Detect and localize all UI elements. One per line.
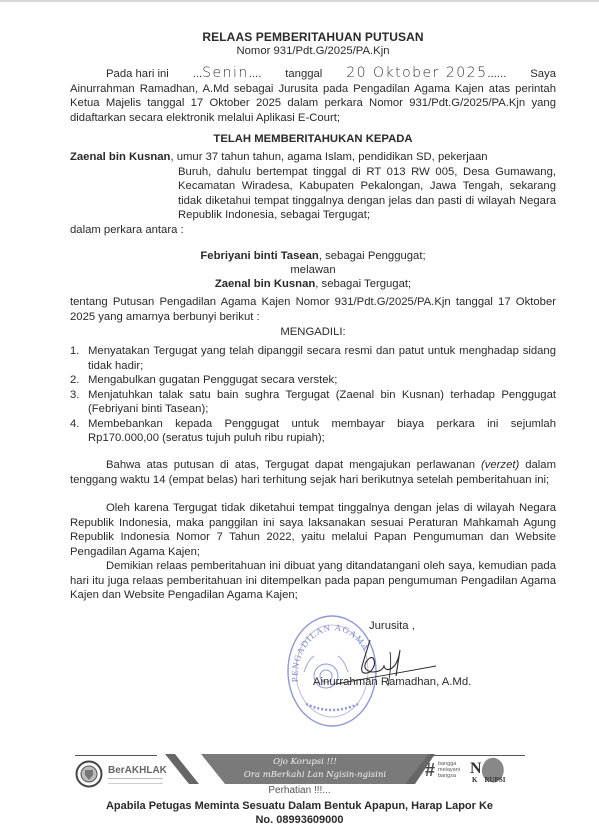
- document-title: RELAAS PEMBERITAHUAN PUTUSAN: [70, 30, 556, 44]
- ruling-text: Mengabulkan gugatan Penggugat secara ver…: [88, 374, 337, 386]
- bangga-melayani-bangsa-text: bangga melayani bangsa: [438, 761, 466, 779]
- case-between-label: dalam perkara antara :: [70, 223, 556, 238]
- banner-line-2: Ora mBerkahi Lan Ngisin-ngisini: [225, 770, 405, 780]
- defendant-first-line: , umur 37 tahun tahun, agama Islam, pend…: [170, 151, 487, 163]
- opening-paragraph: Pada hari ini ...Senin.... tanggal 20 Ok…: [70, 66, 556, 125]
- handwritten-date: 20 Oktober 2025: [346, 65, 487, 81]
- ruling-item: 3.Menjatuhkan talak satu bain sughra Ter…: [88, 388, 556, 417]
- no-korupsi-logo: N K RUPSI: [470, 756, 530, 786]
- berakhlak-subtext: [108, 778, 163, 784]
- signature-role: Jurusita ,: [369, 620, 415, 632]
- defendant-details: Buruh, dahulu bertempat tinggal di RT 01…: [178, 165, 556, 223]
- plaintiff-line: Febriyani binti Tasean, sebagai Pengguga…: [70, 250, 556, 262]
- plaintiff-name: Febriyani binti Tasean: [200, 250, 318, 262]
- date-label: tanggal: [285, 67, 322, 82]
- publication-paragraph: Oleh karena Tergugat tidak diketahui tem…: [70, 501, 556, 559]
- signature-name: Ainurrahman Ramadhan, A.Md.: [313, 676, 471, 688]
- banner-line-1: Ojo Korupsi !!!: [230, 757, 380, 767]
- ruling-text: Menjatuhkan talak satu bain sughra Tergu…: [88, 389, 556, 416]
- berakhlak-logo: BerAKHLAK: [108, 765, 167, 776]
- verzet-paragraph: Bahwa atas putusan di atas, Tergugat dap…: [70, 458, 556, 487]
- opening-prefix: Pada hari ini: [106, 67, 169, 82]
- verzet-text: Bahwa atas putusan di atas, Tergugat dap…: [106, 459, 481, 471]
- ruling-intro: tentang Putusan Pengadilan Agama Kajen N…: [70, 295, 556, 324]
- closing-paragraph: Demikian relaas pemberitahuan ini dibuat…: [70, 559, 556, 603]
- defendant-block: Zaenal bin Kusnan, umur 37 tahun tahun, …: [70, 150, 556, 237]
- verzet-term: (verzet): [481, 459, 519, 471]
- ruling-num: 1.: [70, 344, 79, 359]
- ruling-num: 4.: [70, 417, 79, 432]
- opening-body: Ainurrahman Ramadhan, A.Md sebagai Jurus…: [70, 82, 556, 126]
- footer-top-line: [75, 755, 157, 756]
- defendant-name-center: Zaenal bin Kusnan: [215, 278, 315, 290]
- versus-label: melawan: [70, 264, 556, 276]
- defendant-name: Zaenal bin Kusnan: [70, 151, 170, 163]
- plaintiff-role: , sebagai Penggugat;: [319, 250, 426, 262]
- notified-heading: TELAH MEMBERITAHUKAN KEPADA: [70, 133, 556, 145]
- no-korupsi-word: K RUPSI: [472, 776, 505, 784]
- handwritten-day: Senin: [202, 65, 249, 81]
- notice-line: Apabila Petugas Meminta Sesuatu Dalam Be…: [0, 800, 599, 812]
- ruling-list: 1.Menyatakan Tergugat yang telah dipangg…: [70, 344, 556, 446]
- ruling-num: 3.: [70, 388, 79, 403]
- defendant-line: Zaenal bin Kusnan, sebagai Tergugat;: [70, 278, 556, 290]
- ruling-heading: MENGADILI:: [70, 326, 556, 338]
- document-number: Nomor 931/Pdt.G/2025/PA.Kjn: [70, 45, 556, 57]
- notice-phone: No. 08993609000: [0, 814, 599, 826]
- ruling-item: 1.Menyatakan Tergugat yang telah dipangg…: [88, 344, 556, 373]
- defendant-role: , sebagai Tergugat;: [315, 278, 411, 290]
- hashtag-icon: #: [425, 760, 435, 781]
- opening-suffix: Saya: [530, 67, 556, 82]
- berakhlak-emblem-icon: [75, 760, 103, 788]
- ruling-item: 2.Mengabulkan gugatan Penggugat secara v…: [88, 373, 556, 388]
- ruling-item: 4.Membebankan kepada Penggugat untuk mem…: [88, 417, 556, 446]
- ruling-num: 2.: [70, 373, 79, 388]
- ruling-text: Menyatakan Tergugat yang telah dipanggil…: [88, 345, 556, 372]
- notice-heading: Perhatian !!!...: [0, 785, 599, 796]
- scan-top-edge: [0, 0, 599, 2]
- ruling-text: Membebankan kepada Penggugat untuk memba…: [88, 418, 556, 445]
